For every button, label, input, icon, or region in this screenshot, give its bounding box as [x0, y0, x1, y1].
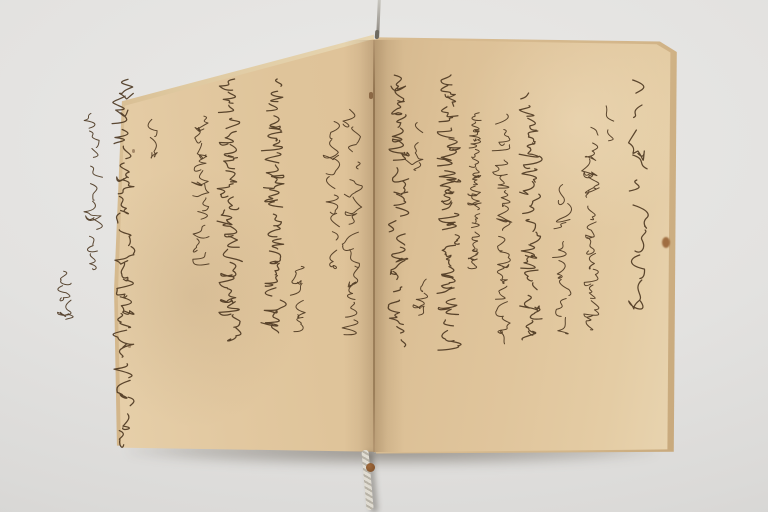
paper-speck-2 [128, 345, 131, 348]
poem-column-5: ちりつもる紅葉のにしきやれぬ大井のあらし [218, 78, 244, 340]
headnote-column-4b: よませ侍りけるに [324, 120, 342, 267]
binding-thread-top-tip [375, 30, 380, 39]
stitch-hole-dot [369, 92, 373, 99]
poem-column-4: ひしほそとゝもゆひ水上にたりくる冬のしるし [262, 78, 288, 336]
section-heading-column: 冬哥 [601, 104, 621, 152]
headnote-column-1: 千五百番哥合よませ侍りける [582, 126, 602, 331]
headnote-column-2: 天暦御時神無月と云事を [493, 113, 515, 281]
poem-column-6: きえせば永らふ斗は紅葉のあれくもる大井川かな [112, 78, 138, 446]
headnote-column-4: 後冷泉院御時人々のうたこと [343, 108, 365, 336]
repeat-mark-column: 〳〵 [146, 118, 160, 154]
author-column-toshiyori: 俊頼朝臣 [56, 270, 78, 328]
paper-speck-1 [132, 149, 135, 153]
headnote-column-6: 深山落葉と云ことを [84, 112, 106, 270]
poem-column-2: 神な月風にもみぢのちる時はそこはかとなく物ぞかなしき [438, 74, 464, 351]
page-edge-stain [662, 237, 670, 248]
author-column-shigeyuki: 源重之 [414, 278, 432, 320]
headnote-column-5: 大井河にまかりてよめる [192, 115, 212, 265]
title-column: 新古今和歌集巻第六 [626, 78, 652, 303]
author-column-akisuke: 藤原顕輔 [290, 265, 310, 333]
poem-column-3: あすか川原なせの夜をさそふくれのもみぢばや [388, 74, 412, 352]
manuscript-photo: 新古今和歌集巻第六 冬哥 千五百番哥合よませ侍りける 皇太后宮大夫俊成 きのふと… [0, 0, 768, 512]
author-column-takamitsu: 藤原高光 [494, 285, 514, 347]
binding-knot [366, 463, 375, 472]
center-fold-crease [373, 40, 375, 452]
author-column-shunzei: 皇太后宮大夫俊成 [553, 183, 573, 335]
headnote-column-2b: うへのをのこどもつかうまつりけるに [468, 112, 484, 268]
poem-column-1: きのふと秋のわかれし袖の露をとふ時雨かな [520, 92, 546, 345]
